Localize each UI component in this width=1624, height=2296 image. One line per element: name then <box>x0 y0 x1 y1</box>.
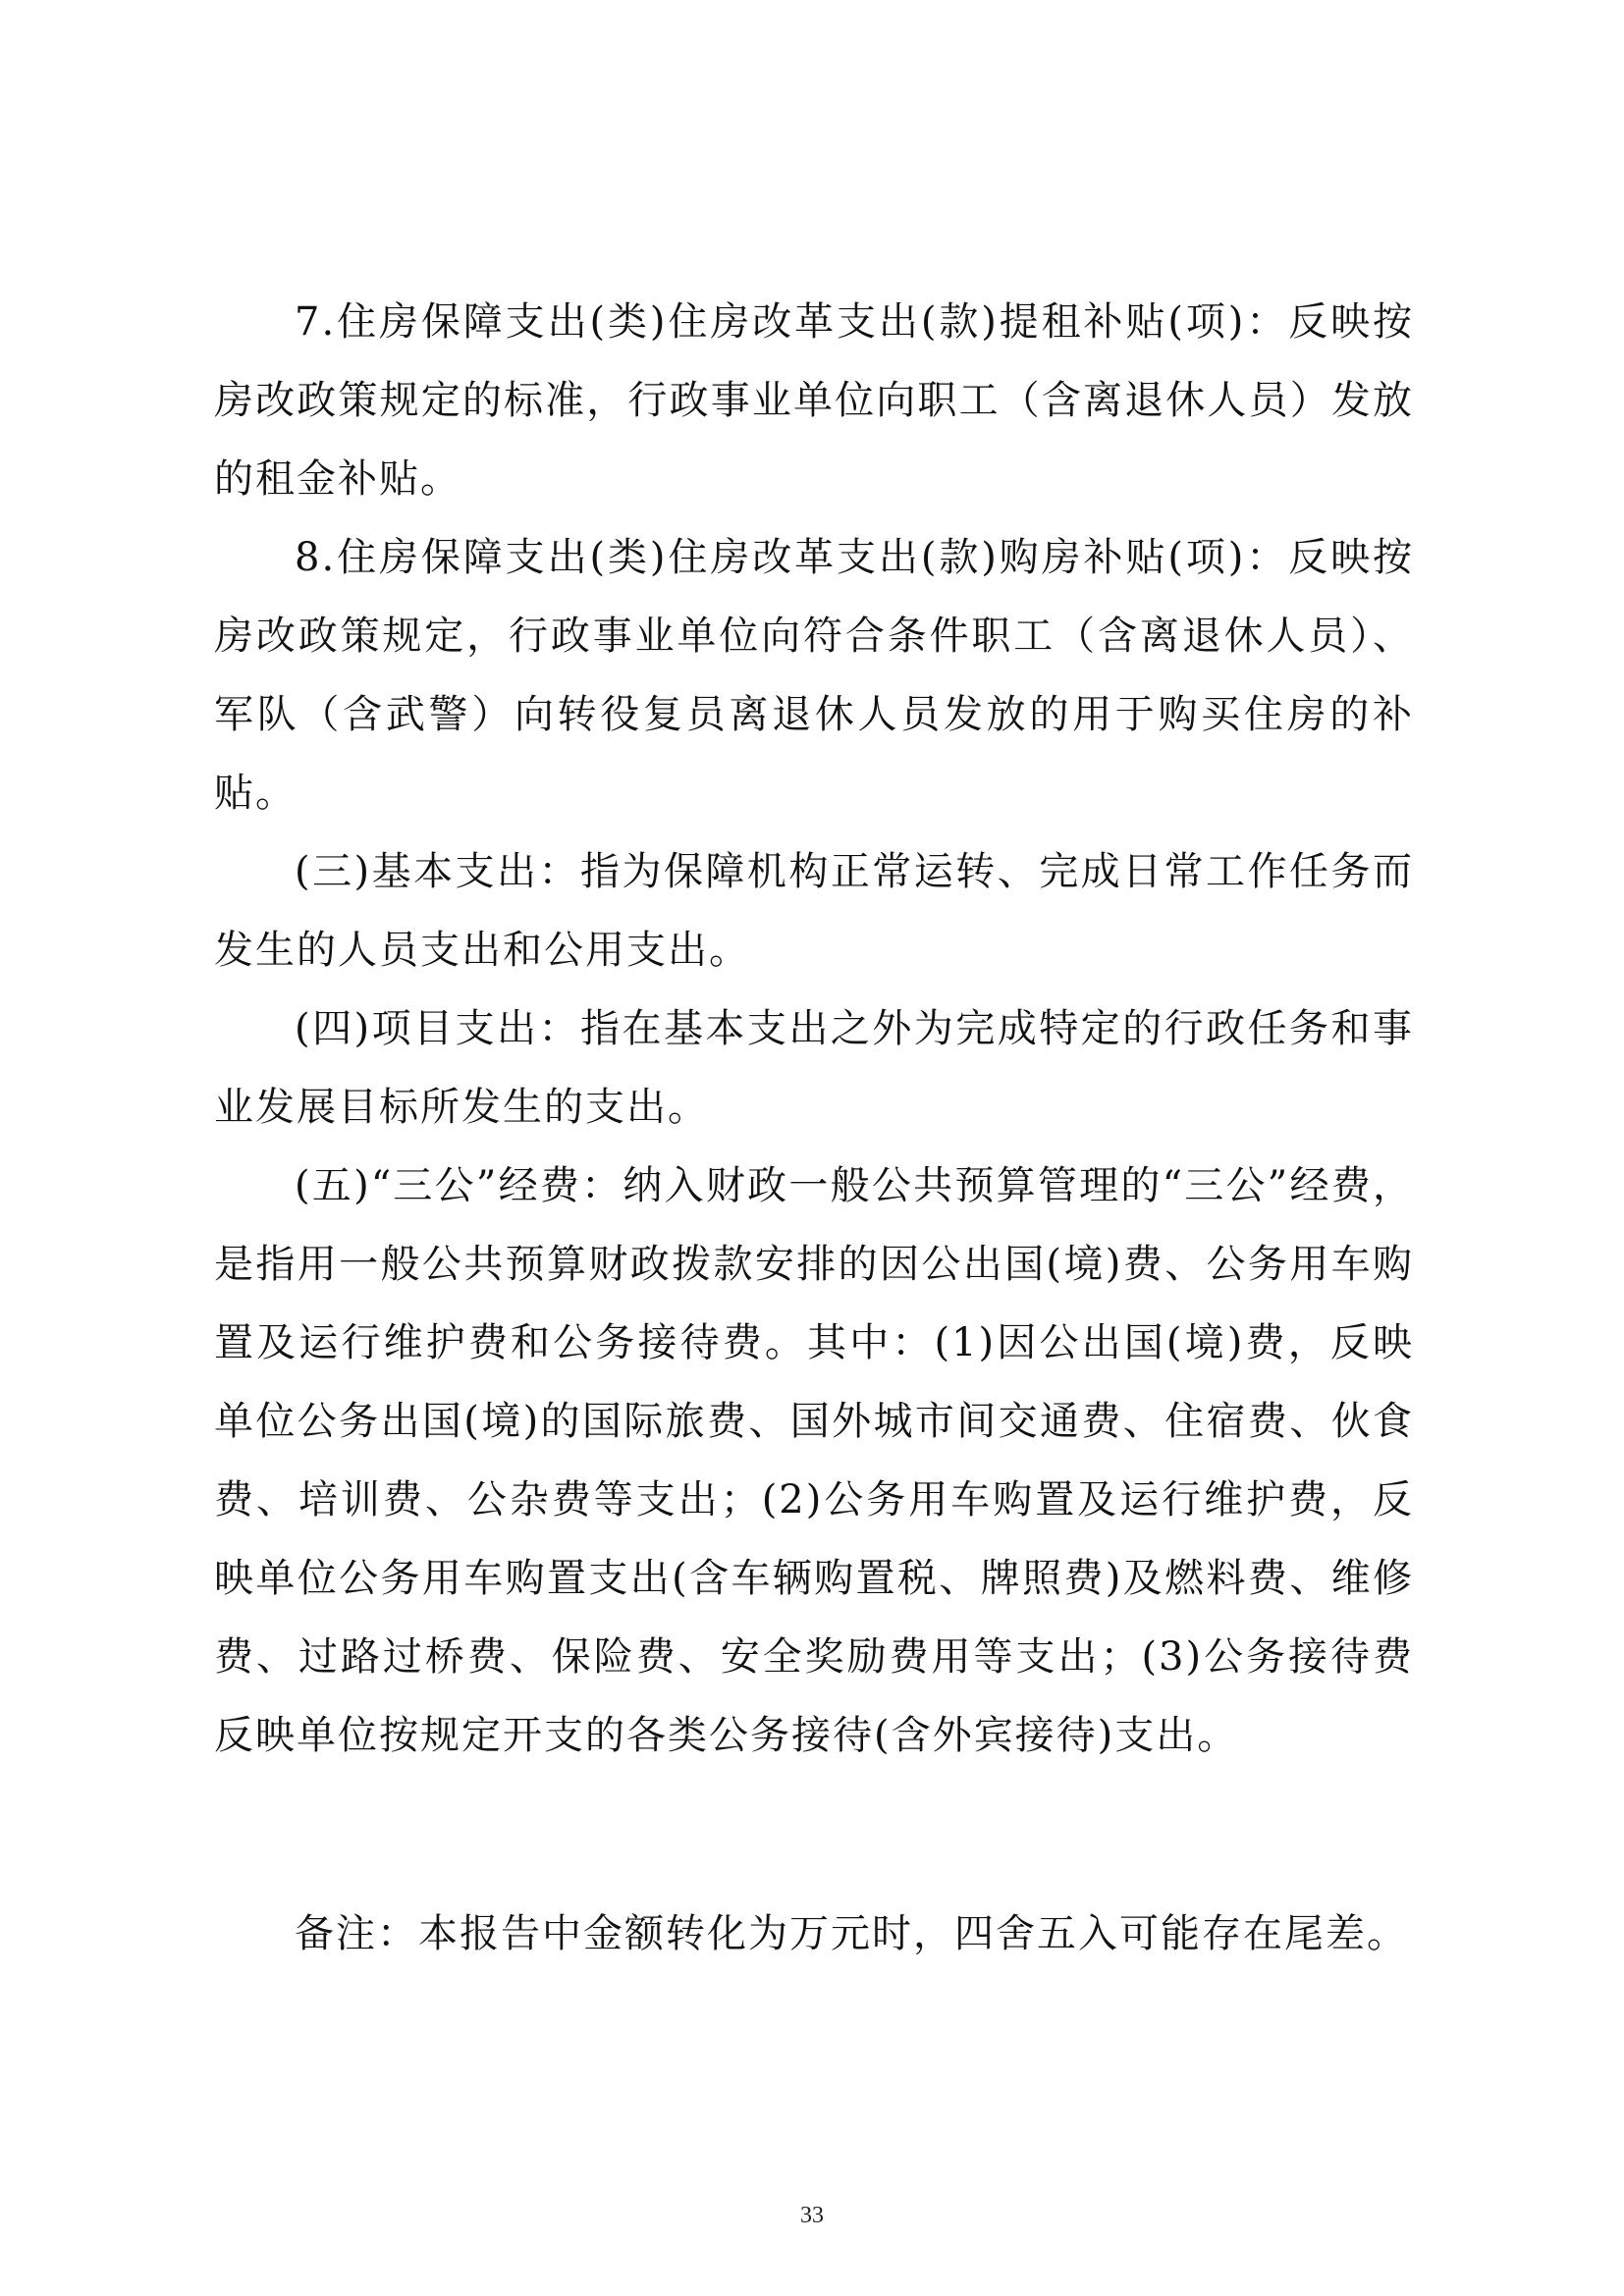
paragraph-basic-expenditure: (三)基本支出：指为保障机构正常运转、完成日常工作任务而发生的人员支出和公用支出… <box>214 832 1414 989</box>
paragraph-three-public-expenses: (五)“三公”经费：纳入财政一般公共预算管理的“三公”经费，是指用一般公共预算财… <box>214 1147 1414 1775</box>
paragraph-project-expenditure: (四)项目支出：指在基本支出之外为完成特定的行政任务和事业发展目标所发生的支出。 <box>214 989 1414 1147</box>
page-number: 33 <box>0 2203 1624 2229</box>
paragraph-item-7: 7.住房保障支出(类)住房改革支出(款)提租补贴(项)：反映按房改政策规定的标准… <box>214 283 1414 518</box>
document-body: 7.住房保障支出(类)住房改革支出(款)提租补贴(项)：反映按房改政策规定的标准… <box>214 283 1414 1775</box>
paragraph-item-8: 8.住房保障支出(类)住房改革支出(款)购房补贴(项)：反映按房改政策规定，行政… <box>214 518 1414 832</box>
footnote-remark: 备注：本报告中金额转化为万元时，四舍五入可能存在尾差。 <box>214 1895 1414 1973</box>
